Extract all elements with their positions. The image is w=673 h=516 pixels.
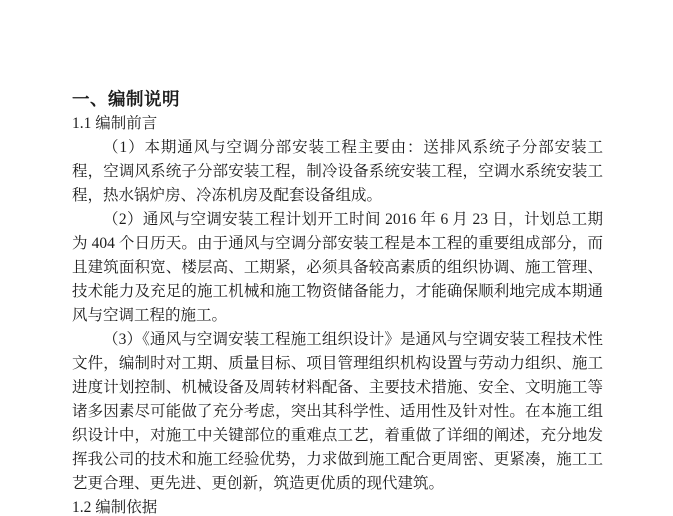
paragraph-3: （3）《通风与空调安装工程施工组织设计》是通风与空调安装工程技术性文件，编制时对… xyxy=(72,328,603,496)
paragraph-2: （2）通风与空调安装工程计划开工时间 2016 年 6 月 23 日，计划总工期… xyxy=(72,208,603,328)
paragraph-1: （1）本期通风与空调分部安装工程主要由：送排风系统子分部安装工程，空调风系统子分… xyxy=(72,136,603,208)
subsection-heading-1-1: 1.1 编制前言 xyxy=(72,112,603,136)
document-page: 一、编制说明 1.1 编制前言 （1）本期通风与空调分部安装工程主要由：送排风系… xyxy=(0,0,673,516)
subsection-heading-1-2: 1.2 编制依据 xyxy=(72,496,603,516)
section-heading: 一、编制说明 xyxy=(72,86,603,112)
